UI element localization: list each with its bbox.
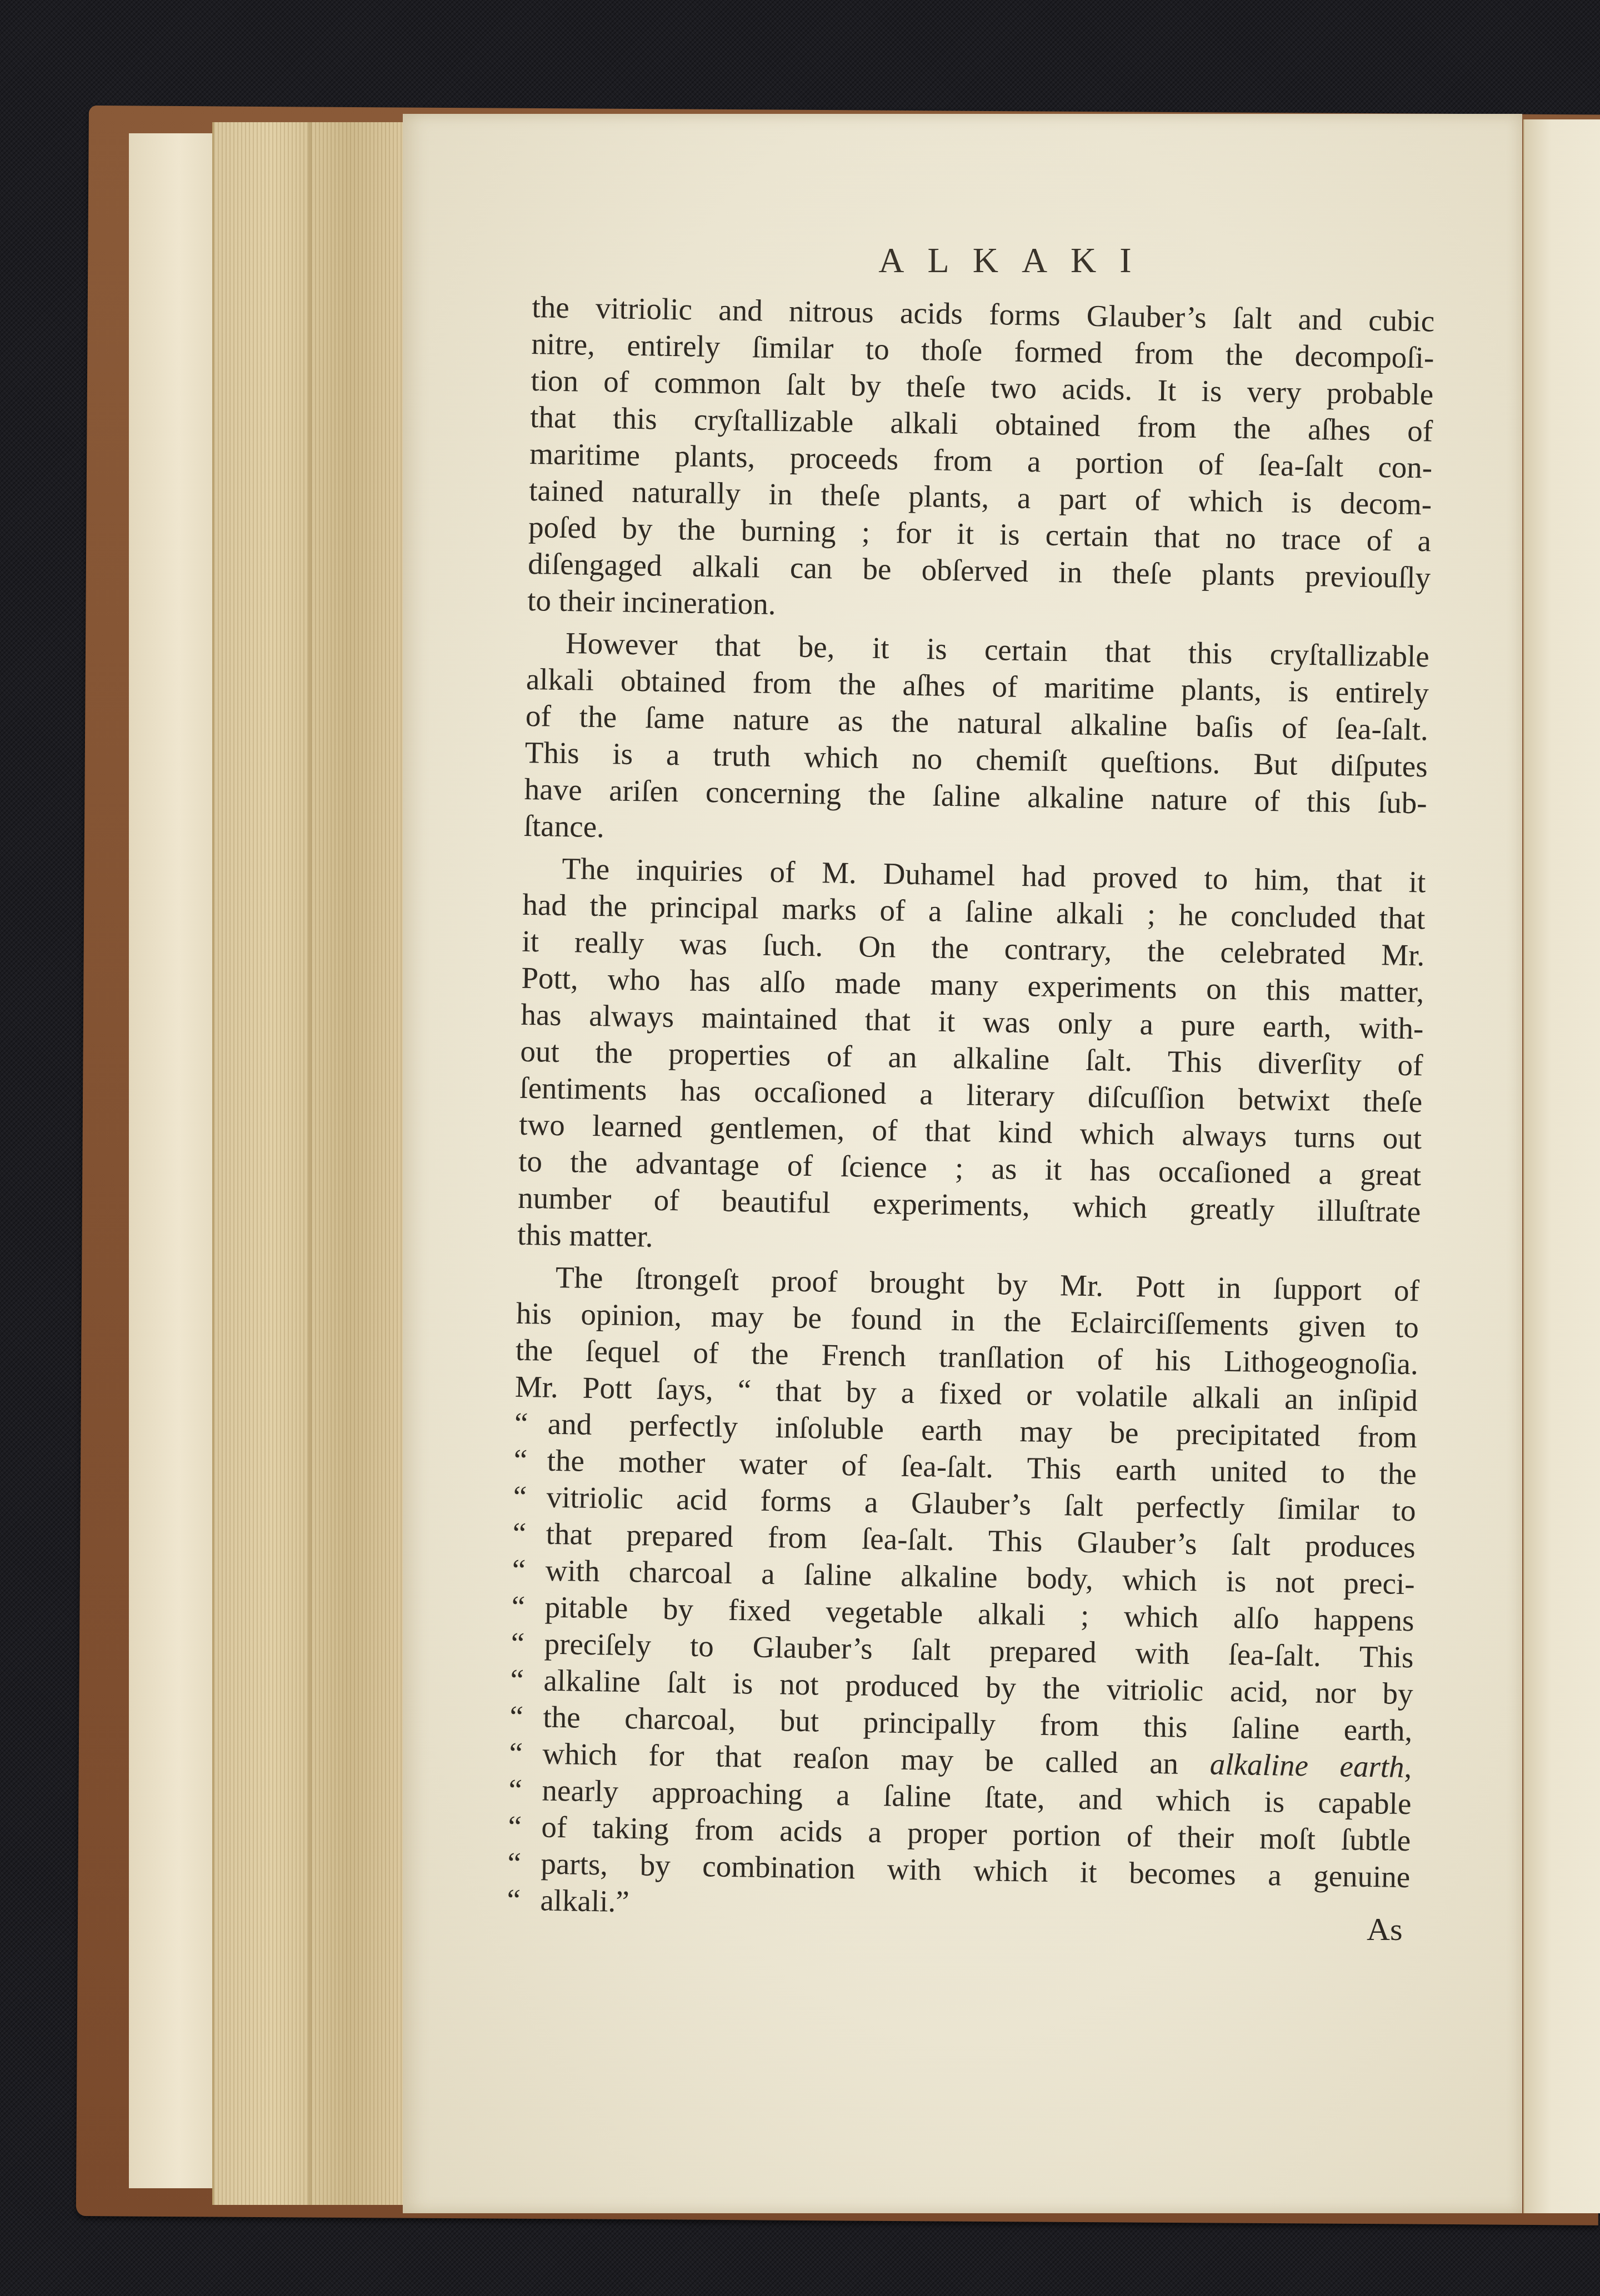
paragraph-3: The inquiries of M. Duhamel had proved t… xyxy=(517,850,1426,1267)
italic-term: alkaline earth xyxy=(1209,1747,1404,1783)
quote-mark: “ xyxy=(508,1772,542,1809)
page-edge-seam xyxy=(308,122,312,2205)
quote-mark: “ xyxy=(509,1698,543,1736)
quote-mark: “ xyxy=(511,1588,545,1626)
quote-mark: “ xyxy=(513,1478,547,1516)
quote-mark: “ xyxy=(510,1662,544,1699)
paragraph-2: However that be, it is certain that this… xyxy=(523,624,1429,858)
quote-mark: “ xyxy=(507,1882,541,1919)
body-text: the vitriolic and nitrous acids forms Gl… xyxy=(507,289,1435,1932)
quoted-text: alkali.” xyxy=(540,1883,629,1919)
page-edge-block xyxy=(212,122,406,2205)
running-head: ALKAKI xyxy=(822,240,1211,281)
paragraph-4: The ſtrongeſt proof brought by Mr. Pott … xyxy=(507,1259,1419,1932)
quote-mark: “ xyxy=(507,1845,541,1882)
quote-mark: “ xyxy=(512,1515,546,1552)
front-pastedown xyxy=(129,133,212,2188)
paragraph-1: the vitriolic and nitrous acids forms Gl… xyxy=(527,289,1435,633)
quote-mark: “ xyxy=(513,1442,547,1479)
quote-mark: “ xyxy=(511,1625,544,1662)
catchword: As xyxy=(1367,1911,1402,1948)
quote-mark: “ xyxy=(512,1552,546,1589)
quote-mark: “ xyxy=(514,1405,548,1442)
facing-page-edge xyxy=(1523,119,1600,2213)
quote-mark: “ xyxy=(509,1735,543,1772)
quote-mark: “ xyxy=(508,1808,542,1846)
